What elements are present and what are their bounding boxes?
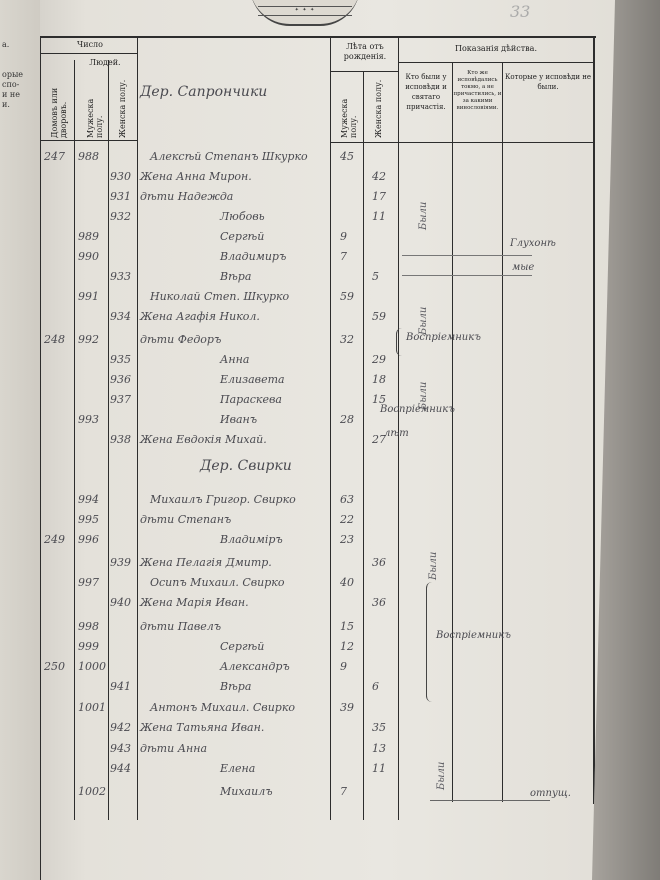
column-line (74, 60, 75, 820)
header-female: Женска полу. (118, 78, 127, 138)
age-female: 35 (372, 721, 386, 734)
column-line (40, 36, 41, 880)
margin-note: Были (436, 720, 447, 790)
female-number: 930 (110, 170, 131, 183)
person-name: Антонъ Михаил. Свирко (150, 701, 295, 714)
person-name: Жена Пелагія Дмитр. (140, 556, 272, 569)
male-number: 995 (78, 513, 99, 526)
male-number: 999 (78, 640, 99, 653)
brace-mark (396, 328, 402, 356)
person-name: Алексѣй Степанъ Шкурко (150, 150, 308, 163)
male-number: 996 (78, 533, 99, 546)
age-male: 12 (340, 640, 354, 653)
person-name: Любовь (220, 210, 265, 223)
person-name: дѣти Анна (140, 742, 207, 755)
household-number: 248 (44, 333, 65, 346)
age-male: 7 (340, 785, 347, 798)
female-number: 944 (110, 762, 131, 775)
age-female: 17 (372, 190, 386, 203)
age-female: 42 (372, 170, 386, 183)
person-name: Михаилъ (220, 785, 273, 798)
person-name: Александръ (220, 660, 290, 673)
divider (40, 53, 137, 54)
female-number: 939 (110, 556, 131, 569)
person-name: Николай Степ. Шкурко (150, 290, 289, 303)
male-number: 1002 (78, 785, 106, 798)
header-people: Людей. (80, 58, 130, 68)
margin-note: Воспріемникъ (406, 332, 481, 343)
female-number: 943 (110, 742, 131, 755)
margin-note: отпущ. (530, 788, 571, 799)
facing-page-fragment: и не (2, 90, 20, 100)
age-female: 18 (372, 373, 386, 386)
age-female: 36 (372, 596, 386, 609)
age-female: 13 (372, 742, 386, 755)
person-name: Жена Марія Иван. (140, 596, 249, 609)
header-count: Число (60, 40, 120, 50)
person-name: Елизавета (220, 373, 285, 386)
facing-page-fragment: спо- (2, 80, 19, 90)
male-number: 997 (78, 576, 99, 589)
male-number: 998 (78, 620, 99, 633)
header-households: Домовъ или дворовъ. (50, 64, 68, 138)
column-line (137, 36, 138, 820)
age-male: 45 (340, 150, 354, 163)
person-name: Жена Евдокія Михай. (140, 433, 267, 446)
age-male: 9 (340, 230, 347, 243)
age-male: 32 (340, 333, 354, 346)
age-male: 59 (340, 290, 354, 303)
person-name: Жена Татьяна Иван. (140, 721, 264, 734)
header-years-female: Женска полу. (374, 76, 383, 138)
female-number: 938 (110, 433, 131, 446)
male-number: 1001 (78, 701, 106, 714)
household-number: 247 (44, 150, 65, 163)
person-name: Параскева (220, 393, 282, 406)
facing-page-fragment: и. (2, 100, 10, 110)
age-male: 63 (340, 493, 354, 506)
male-number: 988 (78, 150, 99, 163)
village-heading: Дер. Свирки (200, 458, 292, 474)
margin-note: Глухонѣ (510, 238, 556, 249)
age-female: 6 (372, 680, 379, 693)
header-years: Лѣта отъ рожденія. (332, 42, 398, 62)
age-female: 5 (372, 270, 379, 283)
register-page: ✦ ✦ ✦ 33 Число Людей. Домовъ или дворовъ… (40, 0, 615, 880)
divider (398, 62, 593, 63)
male-number: 989 (78, 230, 99, 243)
person-name: Анна (220, 353, 249, 366)
brace-mark (426, 582, 432, 702)
person-name: дѣти Степанъ (140, 513, 231, 526)
female-number: 934 (110, 310, 131, 323)
age-female: 36 (372, 556, 386, 569)
person-name: Владимиръ (220, 250, 286, 263)
divider (330, 142, 593, 143)
column-line (452, 62, 453, 802)
male-number: 991 (78, 290, 99, 303)
age-male: 22 (340, 513, 354, 526)
age-male: 15 (340, 620, 354, 633)
household-number: 250 (44, 660, 65, 673)
margin-note: лѣт (384, 428, 409, 439)
margin-note: Были (418, 285, 429, 335)
crest-seal: ✦ ✦ ✦ (250, 0, 360, 26)
divider (330, 71, 398, 72)
header-not-confessed: Которые у исповѣди не были. (504, 72, 592, 92)
person-name: Осипъ Михаил. Свирко (150, 576, 285, 589)
age-female: 11 (372, 762, 386, 775)
male-number: 1000 (78, 660, 106, 673)
person-name: Михаилъ Григор. Свирко (150, 493, 296, 506)
age-female: 59 (372, 310, 386, 323)
column-line (363, 72, 364, 820)
header-confessed: Кто были у исповѣди и святаго причастія. (400, 72, 452, 112)
female-number: 941 (110, 680, 131, 693)
female-number: 935 (110, 353, 131, 366)
margin-note: Были (418, 150, 429, 230)
age-male: 23 (340, 533, 354, 546)
male-number: 992 (78, 333, 99, 346)
village-heading: Дер. Сапрончики (140, 84, 267, 100)
female-number: 937 (110, 393, 131, 406)
male-number: 993 (78, 413, 99, 426)
female-number: 942 (110, 721, 131, 734)
dashed-divider (402, 255, 532, 256)
person-name: Вѣра (220, 270, 251, 283)
age-female: 11 (372, 210, 386, 223)
person-name: Владиміръ (220, 533, 283, 546)
person-name: Жена Агафія Никол. (140, 310, 260, 323)
column-line (502, 62, 503, 802)
divider (40, 140, 137, 141)
female-number: 936 (110, 373, 131, 386)
margin-note: мые (512, 262, 534, 273)
header-years-male: Мужеска полу. (340, 76, 358, 138)
margin-note: Были (418, 360, 429, 410)
person-name: дѣти Федоръ (140, 333, 221, 346)
person-name: дѣти Павелъ (140, 620, 221, 633)
closing-line (430, 800, 550, 801)
margin-note: Были (428, 520, 439, 580)
male-number: 994 (78, 493, 99, 506)
column-line (108, 60, 109, 820)
margin-note: Воспріемникъ (436, 630, 511, 641)
header-testimony: Показанія дѣйства. (400, 44, 592, 54)
female-number: 933 (110, 270, 131, 283)
page-number: 33 (510, 2, 530, 21)
facing-page-fragment: а. (2, 40, 9, 50)
person-name: Сергѣй (220, 640, 264, 653)
person-name: Вѣра (220, 680, 251, 693)
facing-page-fragment: орые (2, 70, 23, 80)
person-name: дѣти Надежда (140, 190, 233, 203)
household-number: 249 (44, 533, 65, 546)
age-male: 28 (340, 413, 354, 426)
person-name: Иванъ (220, 413, 257, 426)
person-name: Жена Анна Мирон. (140, 170, 252, 183)
male-number: 990 (78, 250, 99, 263)
person-name: Елена (220, 762, 255, 775)
age-female: 29 (372, 353, 386, 366)
person-name: Сергѣй (220, 230, 264, 243)
age-male: 7 (340, 250, 347, 263)
age-male: 40 (340, 576, 354, 589)
female-number: 931 (110, 190, 131, 203)
header-male: Мужеска полу. (86, 78, 104, 138)
margin-note: Воспріемникъ (380, 404, 455, 415)
dashed-divider (402, 275, 532, 276)
column-line (330, 36, 331, 820)
table-right-border (593, 36, 595, 804)
age-male: 9 (340, 660, 347, 673)
female-number: 940 (110, 596, 131, 609)
header-confessed-only: Кто же исповѣдались токмо, а не причасти… (453, 70, 502, 112)
age-male: 39 (340, 701, 354, 714)
table-top-border (40, 36, 596, 38)
facing-page-edge: а. орые спо- и не и. (0, 0, 42, 880)
female-number: 932 (110, 210, 131, 223)
